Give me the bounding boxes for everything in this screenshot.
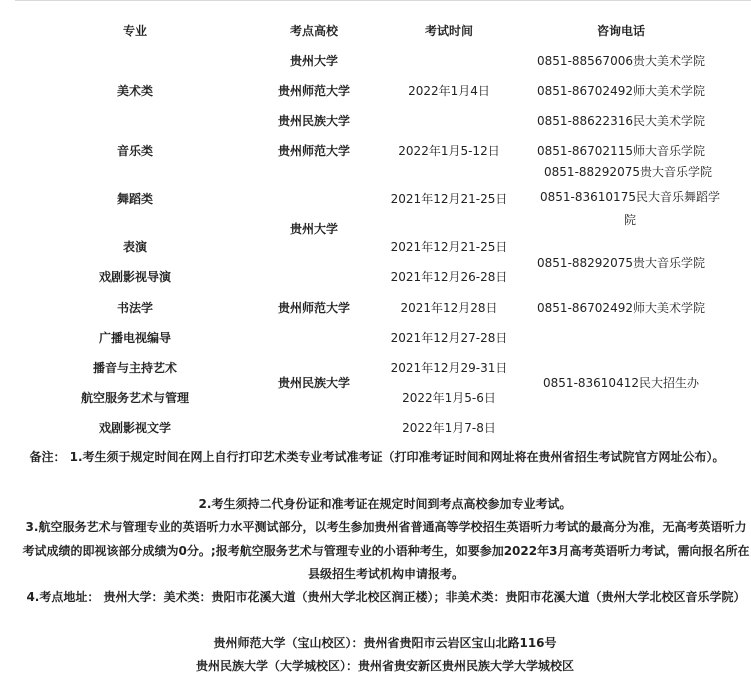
major-calligraphy: 书法学 [117, 299, 153, 317]
date-broadcast-tv-directing: 2021年12月27-28日 [391, 329, 508, 347]
phone-gznu-fine-arts-2: 0851-86702492师大美术学院 [537, 299, 705, 317]
major-drama-film-literature: 戏剧影视文学 [99, 419, 171, 437]
major-broadcast-tv-directing: 广播电视编导 [99, 329, 171, 347]
school-gznu-music: 贵州师范大学 [278, 142, 350, 160]
header-phone: 咨询电话 [597, 22, 645, 40]
date-broadcasting-hosting: 2021年12月29-31日 [391, 359, 508, 377]
phone-gzu-music-2: 0851-88292075贵大音乐学院 [537, 254, 705, 272]
major-fine-arts: 美术类 [117, 82, 153, 100]
major-drama-film-directing: 戏剧影视导演 [99, 268, 171, 286]
phone-gzmu-fine-arts: 0851-88622316民大美术学院 [537, 112, 705, 130]
major-music: 音乐类 [117, 142, 153, 160]
major-dance: 舞蹈类 [117, 190, 153, 208]
phone-gzmu-music-dance: 0851-83610175民大音乐舞蹈学院 [535, 186, 725, 232]
major-aviation-service: 航空服务艺术与管理 [81, 389, 189, 407]
phone-gznu-music: 0851-86702115师大音乐学院 [537, 142, 705, 160]
phone-gzmu-admissions: 0851-83610412民大招生办 [543, 374, 699, 392]
school-gzu-performing: 贵州大学 [290, 220, 338, 238]
major-broadcasting-hosting: 播音与主持艺术 [93, 359, 177, 377]
header-exam-time: 考试时间 [425, 22, 473, 40]
note-4: 4.考点地址： 贵州大学：美术类：贵阳市花溪大道（贵州大学北校区润正楼）；非美术… [22, 586, 750, 610]
date-drama-film-literature: 2022年1月7-8日 [402, 419, 496, 437]
phone-gznu-fine-arts: 0851-86702492师大美术学院 [537, 82, 705, 100]
school-gzu: 贵州大学 [290, 52, 338, 70]
phone-gzu-fine-arts: 0851-88567006贵大美术学院 [537, 52, 705, 70]
school-gzmu-block: 贵州民族大学 [278, 374, 350, 392]
school-gznu: 贵州师范大学 [278, 82, 350, 100]
school-gznu-calligraphy: 贵州师范大学 [278, 299, 350, 317]
date-fine-arts: 2022年1月4日 [408, 82, 490, 100]
address-gzmu: 贵州民族大学（大学城校区）：贵州省贵安新区贵州民族大学大学城校区 [20, 655, 750, 679]
school-gzmu: 贵州民族大学 [278, 112, 350, 130]
date-calligraphy: 2021年12月28日 [400, 299, 497, 317]
phone-gzu-music: 0851-88292075贵大音乐学院 [544, 163, 712, 181]
note-3: 3.航空服务艺术与管理专业的英语听力水平测试部分，以考生参加贵州省普通高等学校招… [22, 516, 750, 587]
date-music: 2022年1月5-12日 [398, 142, 499, 160]
date-acting: 2021年12月21-25日 [391, 238, 508, 256]
note-2: 2.考生须持二代身份证和准考证在规定时间到考点高校参加专业考试。 [20, 493, 750, 517]
date-dance: 2021年12月21-25日 [391, 190, 508, 208]
major-acting: 表演 [123, 238, 147, 256]
note-1: 备注： 1.考生须于规定时间在网上自行打印艺术类专业考试准考证（打印准考证时间和… [22, 446, 732, 470]
date-aviation-service: 2022年1月5-6日 [402, 389, 496, 407]
top-divider [15, 0, 751, 1]
address-gznu: 贵州师范大学（宝山校区）：贵州省贵阳市云岩区宝山北路116号 [20, 632, 750, 656]
date-drama-film-directing: 2021年12月26-28日 [391, 268, 508, 286]
header-school: 考点高校 [290, 22, 338, 40]
header-major: 专业 [123, 22, 147, 40]
